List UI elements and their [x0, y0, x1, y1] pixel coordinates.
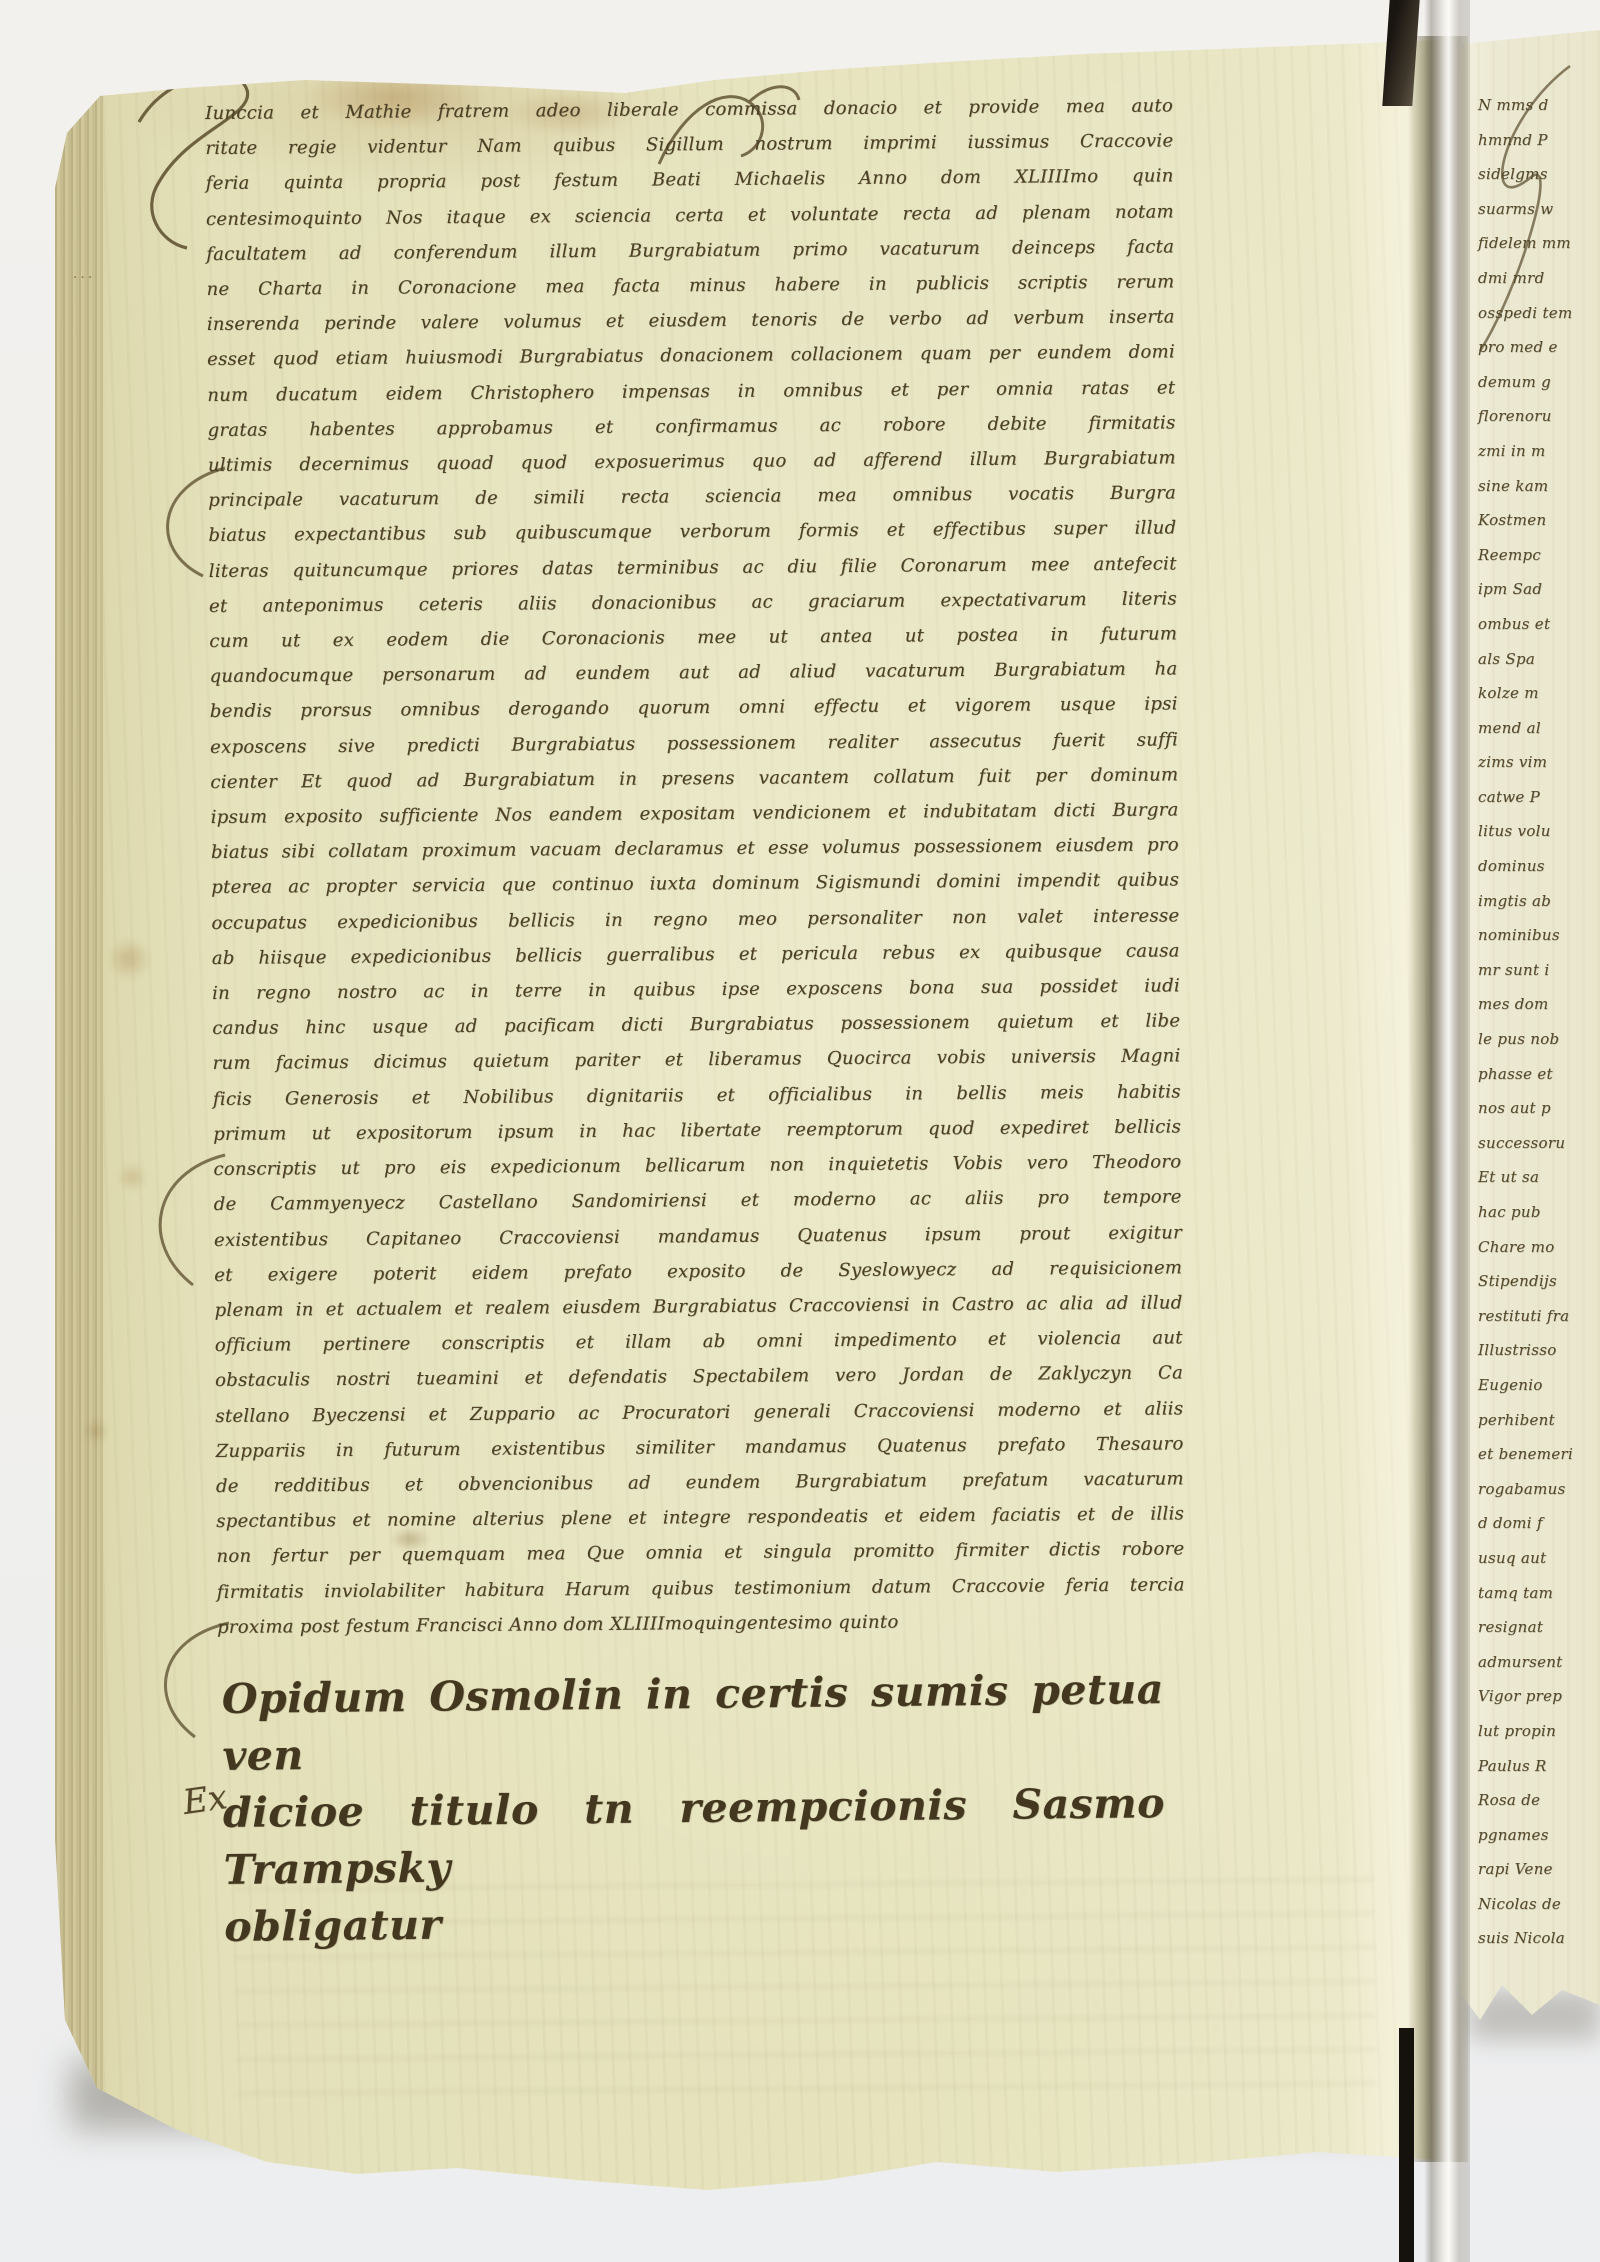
manuscript-page: ··· Iunccia et Mathie fratrem adeo liber…	[55, 38, 1440, 2193]
facing-folio-text-fragment: zmi in m	[1478, 434, 1600, 469]
facing-folio-text-fragment: Kostmen	[1478, 503, 1600, 538]
facing-folio-text-fragment: nos aut p	[1478, 1091, 1600, 1126]
facing-folio-text-fragment: imgtis ab	[1478, 884, 1600, 919]
facing-folio-text-fragment: Reempc	[1478, 538, 1600, 573]
facing-folio-text-fragment: admursent	[1478, 1645, 1600, 1680]
facing-folio-text-fragment: usuq aut	[1478, 1541, 1600, 1576]
facing-folio-text-fragment: pro med e	[1478, 330, 1600, 365]
facing-folio-text-fragment: pgnames	[1478, 1818, 1600, 1853]
facing-folio-text-column: N mms dhmnnd Psidelgmssuarms wfidelem mm…	[1478, 88, 1600, 1956]
facing-folio-text-fragment: perhibent	[1478, 1403, 1600, 1438]
facing-folio-text-fragment: rapi Vene	[1478, 1852, 1600, 1887]
margin-mark-ex: Ex	[180, 1777, 229, 1823]
facing-folio-text-fragment: dominus	[1478, 849, 1600, 884]
facing-folio-text-fragment: demum g	[1478, 365, 1600, 400]
facing-folio-text-fragment: hac pub	[1478, 1195, 1600, 1230]
parchment-stain	[107, 938, 151, 980]
facing-folio-text-fragment: restituti fra	[1478, 1299, 1600, 1334]
facing-folio-text-fragment: Eugenio	[1478, 1368, 1600, 1403]
facing-folio-text-fragment: Illustrisso	[1478, 1333, 1600, 1368]
facing-folio-text-fragment: mes dom	[1478, 987, 1600, 1022]
facing-folio-text-fragment: ipm Sad	[1478, 572, 1600, 607]
facing-folio-text-fragment: dmi mrd	[1478, 261, 1600, 296]
facing-folio-text-fragment: rogabamus	[1478, 1472, 1600, 1507]
margin-dots: ···	[73, 270, 95, 286]
bottom-clamp-strip	[1399, 2028, 1414, 2262]
facing-folio-text-fragment: litus volu	[1478, 814, 1600, 849]
facing-folio-text-fragment: resignat	[1478, 1610, 1600, 1645]
facing-folio-text-fragment: kolze m	[1478, 676, 1600, 711]
facing-folio-text-fragment: Et ut sa	[1478, 1160, 1600, 1195]
facing-folio-text-fragment: mend al	[1478, 711, 1600, 746]
facing-folio-edge: N mms dhmnnd Psidelgmssuarms wfidelem mm…	[1462, 30, 1600, 2025]
facing-folio-text-fragment: Nicolas de	[1478, 1887, 1600, 1922]
facing-folio-text-fragment: hmnnd P	[1478, 123, 1600, 158]
page-edge-stack	[55, 38, 103, 2193]
facing-folio-text-fragment: ombus et	[1478, 607, 1600, 642]
ink-showthrough	[234, 1878, 1376, 2103]
facing-folio-text-fragment: fidelem mm	[1478, 226, 1600, 261]
facing-folio-text-fragment: suis Nicola	[1478, 1921, 1600, 1956]
facing-folio-text-fragment: mr sunt i	[1478, 953, 1600, 988]
facing-folio-text-fragment: N mms d	[1478, 88, 1600, 123]
glass-rod	[1424, 0, 1470, 2262]
facing-folio-text-fragment: suarms w	[1478, 192, 1600, 227]
facing-folio-text-fragment: Chare mo	[1478, 1230, 1600, 1265]
facing-folio-text-fragment: sine kam	[1478, 469, 1600, 504]
facing-folio-text-fragment: phasse et	[1478, 1057, 1600, 1092]
facing-folio-text-fragment: lut propin	[1478, 1714, 1600, 1749]
facing-folio-text-fragment: zims vim	[1478, 745, 1600, 780]
facing-folio-text-fragment: tamq tam	[1478, 1576, 1600, 1611]
facing-folio-text-fragment: nominibus	[1478, 918, 1600, 953]
facing-folio-text-fragment: le pus nob	[1478, 1022, 1600, 1057]
facing-folio-text-fragment: Paulus R	[1478, 1749, 1600, 1784]
charter-text-line: proxima post festum Francisci Anno dom X…	[217, 1602, 1185, 1645]
facing-folio-text-fragment: florenoru	[1478, 399, 1600, 434]
manuscript-photograph: ··· Iunccia et Mathie fratrem adeo liber…	[0, 0, 1600, 2262]
rubric-heading-line: Opidum Osmolin in certis sumis petua ven	[222, 1661, 1165, 1785]
facing-folio-text-fragment: Stipendijs	[1478, 1264, 1600, 1299]
facing-folio-text-fragment: Vigor prep	[1478, 1679, 1600, 1714]
facing-folio-text-fragment: Rosa de	[1478, 1783, 1600, 1818]
facing-folio-text-fragment: als Spa	[1478, 642, 1600, 677]
charter-text-block: Iunccia et Mathie fratrem adeo liberale …	[205, 88, 1185, 1644]
parchment-stain	[83, 1418, 109, 1444]
facing-folio-text-fragment: sidelgms	[1478, 157, 1600, 192]
facing-folio-text-fragment: catwe P	[1478, 780, 1600, 815]
facing-folio-text-fragment: et benemeri	[1478, 1437, 1600, 1472]
facing-folio-text-fragment: osspedi tem	[1478, 296, 1600, 331]
facing-folio-text-fragment: d domi f	[1478, 1506, 1600, 1541]
facing-folio-text-fragment: successoru	[1478, 1126, 1600, 1161]
